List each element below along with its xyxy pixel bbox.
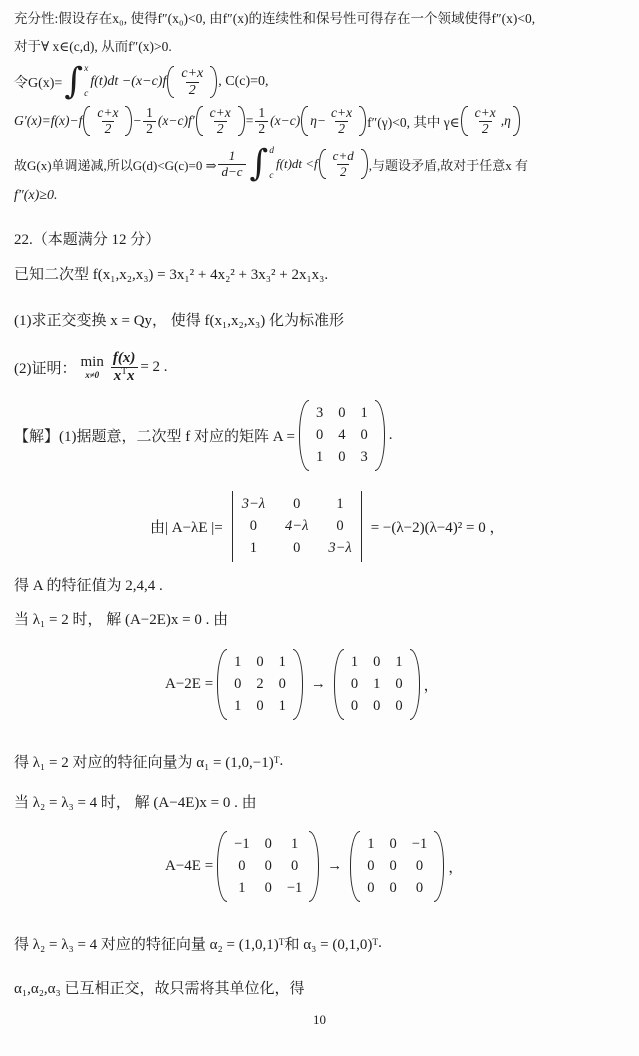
paren-group: c+x 2 — [167, 66, 217, 98]
fraction-denominator: d−c — [218, 164, 245, 179]
matrix-cell: 0 — [256, 698, 263, 715]
matrix-cell: −1 — [412, 836, 427, 853]
fraction: f(x) xTx — [110, 350, 139, 384]
fraction-numerator: f(x) — [110, 350, 139, 367]
sufficiency-line-1-text: 充分性:假设存在x₀, 使得f″(x₀)<0, 由f″(x)的连续性和保号性可得… — [14, 7, 535, 27]
sufficiency-conclusion: f″(x)≥0. — [14, 186, 57, 206]
matrix-cell: 2 — [256, 676, 263, 693]
matrix-cell: 3−λ — [328, 540, 351, 557]
determinant-left-bar — [232, 491, 233, 562]
matrix-cell: 0 — [351, 676, 358, 693]
matrix-cell: 0 — [293, 496, 300, 513]
gp-s7: f″(γ)<0, 其中 γ∈ — [367, 111, 460, 131]
matrix-cell: 1 — [291, 836, 298, 853]
left-paren — [301, 106, 308, 137]
integral-lower-limit: c — [269, 171, 274, 181]
problem-22-header: 22.（本题满分 12 分） — [14, 228, 160, 248]
case1-intro-line: 当 λ₁ = 2 时， 解 (A−2E)x = 0 . 由 — [14, 608, 228, 628]
matrix-cell: 3 — [360, 449, 367, 466]
problem-22-part1-text: (1)求正交变换 x = Qy， 使得 f(x₁,x₂,x₃) 化为标准形 — [14, 309, 344, 330]
matrix-grid: 10−1 000 000 — [363, 831, 431, 902]
right-paren — [513, 106, 520, 137]
matrix-rref: 10−1 000 000 — [350, 831, 444, 902]
matrix-cell: 0 — [360, 427, 367, 444]
sufficiency-line-2: 对于∀ x∈(c,d), 从而f″(x)>0. — [14, 34, 172, 56]
matrix-cell: 4−λ — [285, 518, 308, 535]
fraction-denominator: xTx — [111, 367, 138, 385]
part2-lead: (2)证明： — [14, 357, 77, 378]
matrix-cell: 0 — [238, 858, 245, 875]
left-paren — [461, 106, 468, 137]
min-operator: min x≠0 — [81, 355, 104, 380]
matrix-cell: 0 — [250, 518, 257, 535]
matrix-cell: 0 — [395, 676, 402, 693]
matrix-cell: 1 — [234, 654, 241, 671]
matrix-cell: 1 — [279, 698, 286, 715]
gp-s4: = — [246, 113, 254, 129]
fraction: c+x2 — [94, 106, 121, 137]
fraction-denominator: 2 — [143, 121, 156, 137]
fraction-denominator: 2 — [479, 121, 492, 137]
fraction-denominator: 2 — [186, 82, 199, 98]
case2-intro-text: 当 λ₂ = λ₃ = 4 时， 解 (A−4E)x = 0 . 由 — [14, 791, 257, 812]
matrix-cell: 0 — [338, 449, 345, 466]
row-reduce-arrow: → — [311, 676, 326, 693]
right-paren — [361, 149, 368, 179]
orthonormal-text: α₁,α₂,α₃ 已互相正交，故只需将其单位化，得 — [14, 977, 305, 998]
row-reduce-arrow: → — [327, 858, 342, 875]
solution-lead-tail: . — [389, 427, 393, 444]
problem-22-part2: (2)证明： min x≠0 f(x) xTx = 2 . — [14, 342, 168, 392]
right-paren — [359, 106, 366, 137]
sufficiency-line-1: 充分性:假设存在x₀, 使得f″(x₀)<0, 由f″(x)的连续性和保号性可得… — [14, 6, 535, 28]
matrix-cell: 0 — [416, 858, 423, 875]
g-def-tail: , C(c)=0, — [218, 74, 268, 90]
fraction-denominator: 2 — [102, 121, 115, 137]
document-page: 充分性:假设存在x₀, 使得f″(x₀)<0, 由f″(x)的连续性和保号性可得… — [0, 0, 639, 1056]
matrix-grid: −101 000 10−1 — [230, 831, 306, 902]
fraction-numerator: c+x — [94, 106, 121, 121]
matrix-cell: 0 — [265, 880, 272, 897]
matrix-cell: 0 — [293, 540, 300, 557]
fraction-numerator: 1 — [255, 106, 268, 121]
fraction-numerator: 1 — [143, 106, 156, 121]
matrix-cell: 3−λ — [242, 496, 265, 513]
paren-group: c+x2,η — [461, 106, 520, 137]
matrix-cell: 0 — [416, 880, 423, 897]
case1-equation-line: A−2E = 101 020 101 → 101 010 000 ， — [165, 648, 439, 720]
problem-22-part1: (1)求正交变换 x = Qy， 使得 f(x₁,x₂,x₃) 化为标准形 — [14, 306, 344, 332]
eigen-determinant-line: 由| A−λE |= 3−λ01 04−λ0 103−λ = −(λ−2)(λ−… — [150, 488, 505, 564]
left-paren — [83, 106, 90, 137]
problem-22-given-text: 已知二次型 f(x₁,x₂,x₃) = 3x₁² + 4x₂² + 3x₃² +… — [14, 263, 328, 284]
left-paren — [319, 149, 326, 179]
matrix-cell: 1 — [238, 880, 245, 897]
fraction: 1d−c — [218, 149, 245, 179]
right-paren — [410, 649, 420, 720]
matrix-a-grid: 301 040 103 — [312, 400, 372, 471]
matrix-cell: 1 — [279, 654, 286, 671]
determinant-right-bar — [361, 491, 362, 562]
right-paren — [375, 400, 385, 471]
case2-tail: ， — [448, 856, 463, 877]
mono-s2: f(t)dt <f — [276, 156, 318, 172]
fraction: c+x2 — [207, 106, 234, 137]
right-paren — [210, 66, 217, 98]
part2-tail: = 2 . — [140, 359, 167, 376]
right-paren — [309, 831, 319, 902]
matrix-cell: 0 — [390, 880, 397, 897]
matrix-cell: 1 — [336, 496, 343, 513]
case2-result-a: 得 λ₂ = λ₃ = 4 对应的特征向量 α₂ = (1,0,1) — [14, 933, 279, 954]
eigenvalues-line: 得 A 的特征值为 2,4,4 . — [14, 574, 163, 594]
matrix-cell: 0 — [265, 858, 272, 875]
matrix-a: 301 040 103 — [299, 400, 385, 471]
matrix-cell: 0 — [367, 880, 374, 897]
matrix-cell: 0 — [234, 676, 241, 693]
matrix-cell: 0 — [279, 676, 286, 693]
matrix-cell: 0 — [265, 836, 272, 853]
matrix-cell: 0 — [316, 427, 323, 444]
fraction-numerator: c+x — [328, 106, 355, 121]
case1-intro-text: 当 λ₁ = 2 时， 解 (A−2E)x = 0 . 由 — [14, 608, 228, 629]
case1-tail: ， — [424, 674, 439, 695]
left-paren — [196, 106, 203, 137]
matrix-cell: 3 — [316, 405, 323, 422]
integral: ∫ x c — [64, 62, 88, 102]
gp-s5: (x−c) — [270, 113, 300, 129]
matrix-cell: 0 — [373, 698, 380, 715]
matrix-cell: 1 — [316, 449, 323, 466]
matrix-cell: 1 — [360, 405, 367, 422]
integral-limits: d c — [269, 144, 274, 184]
matrix-grid: 101 010 000 — [347, 649, 407, 720]
matrix-grid: 101 020 101 — [230, 649, 290, 720]
matrix-cell: 0 — [256, 654, 263, 671]
matrix-cell: 0 — [367, 858, 374, 875]
case2-result-b: 和 α₃ = (0,1,0) — [285, 933, 373, 954]
matrix-cell: 0 — [338, 405, 345, 422]
fraction: c+x2 — [328, 106, 355, 137]
left-paren — [350, 831, 360, 902]
paren-group: c+x2 — [196, 106, 245, 137]
fraction: c+x 2 — [178, 66, 206, 98]
mono-s1: 故G(x)单调递减,所以G(d)<G(c)=0 ⇒ — [14, 155, 216, 174]
matrix-cell: 0 — [291, 858, 298, 875]
right-paren — [434, 831, 444, 902]
matrix-cell: 0 — [351, 698, 358, 715]
case1-lead: A−2E = — [165, 676, 213, 693]
right-paren — [238, 106, 245, 137]
case2-equation-line: A−4E = −101 000 10−1 → 10−1 000 000 ， — [165, 830, 463, 903]
paren-group: η−c+x2 — [301, 106, 366, 137]
matrix-cell: 0 — [373, 654, 380, 671]
integral: ∫ d c — [250, 144, 275, 184]
fraction-numerator: c+d — [330, 149, 357, 163]
fraction-denominator: 2 — [337, 164, 350, 179]
fraction: c+x2 — [472, 106, 499, 137]
right-paren — [125, 106, 132, 137]
min-base: min — [81, 355, 104, 370]
eigen-tail: = −(λ−2)(λ−4)² = 0 ， — [371, 516, 505, 537]
matrix-cell: 0 — [390, 836, 397, 853]
integral-symbol: ∫ — [64, 64, 83, 100]
monotonic-formula: 故G(x)单调递减,所以G(d)<G(c)=0 ⇒ 1d−c ∫ d c f(t… — [14, 140, 528, 188]
mono-s3: ,与题设矛盾,故对于任意x 有 — [369, 155, 528, 174]
paren-group: c+x2 — [83, 106, 132, 137]
solution-matrix-a-line: 【解】(1)据题意，二次型 f 对应的矩阵 A = 301 040 103 . — [14, 400, 392, 470]
fraction: 12 — [255, 106, 268, 137]
matrix-rref: 101 010 000 — [334, 649, 420, 720]
gp-s6: η− — [310, 106, 326, 137]
g-def-lead: 令G(x)= — [14, 72, 62, 92]
eigenvalues-text: 得 A 的特征值为 2,4,4 . — [14, 574, 163, 595]
left-paren — [299, 400, 309, 471]
left-paren — [167, 66, 174, 98]
problem-22-given: 已知二次型 f(x₁,x₂,x₃) = 3x₁² + 4x₂² + 3x₃² +… — [14, 260, 328, 286]
integral-limits: x c — [84, 62, 88, 102]
matrix-cell: −1 — [287, 880, 302, 897]
matrix-cell: 1 — [395, 654, 402, 671]
fraction: c+d2 — [330, 149, 357, 179]
fraction-denominator: 2 — [214, 121, 227, 137]
fraction-numerator: c+x — [178, 66, 206, 81]
matrix-cell: 1 — [234, 698, 241, 715]
eigen-lead: 由| A−λE |= — [150, 516, 223, 537]
fraction-numerator: 1 — [226, 149, 239, 163]
matrix-cell: 1 — [367, 836, 374, 853]
min-under-limit: x≠0 — [85, 371, 99, 380]
matrix-cell: 0 — [390, 858, 397, 875]
gp-s8: ,η — [501, 106, 511, 137]
left-paren — [217, 649, 227, 720]
fraction-denominator: 2 — [335, 121, 348, 137]
gp-s2: − — [133, 113, 141, 129]
problem-22-header-text: 22.（本题满分 12 分） — [14, 228, 160, 249]
page-number: 10 — [0, 1012, 639, 1028]
case2-intro-line: 当 λ₂ = λ₃ = 4 时， 解 (A−4E)x = 0 . 由 — [14, 790, 257, 812]
matrix-cell: 1 — [250, 540, 257, 557]
g-prime-formula: G′(x)=f(x)−f c+x2 − 12 (x−c)f′ c+x2 = 12… — [14, 98, 521, 144]
fraction: 12 — [143, 106, 156, 137]
gp-s1: G′(x)=f(x)−f — [14, 113, 82, 129]
paren-group: c+d2 — [319, 149, 368, 179]
right-paren — [293, 649, 303, 720]
integral-upper-limit: x — [84, 64, 88, 74]
matrix-cell: 1 — [351, 654, 358, 671]
case2-result-line: 得 λ₂ = λ₃ = 4 对应的特征向量 α₂ = (1,0,1)T 和 α₃… — [14, 932, 382, 954]
integral-symbol: ∫ — [250, 146, 269, 182]
matrix-cell: 1 — [373, 676, 380, 693]
matrix-cell: 0 — [336, 518, 343, 535]
left-paren — [334, 649, 344, 720]
den-x2: x — [127, 368, 135, 384]
left-paren — [217, 831, 227, 902]
conclusion-text: f″(x)≥0. — [14, 188, 57, 204]
case1-result-b: . — [280, 753, 284, 770]
integral-upper-limit: d — [269, 146, 274, 156]
g-def-mid: f(t)dt −(x−c)f — [90, 74, 166, 90]
determinant-grid: 3−λ01 04−λ0 103−λ — [238, 491, 356, 562]
orthonormal-line: α₁,α₂,α₃ 已互相正交，故只需将其单位化，得 — [14, 976, 305, 998]
matrix-a-minus-4e: −101 000 10−1 — [217, 831, 319, 902]
fraction-numerator: c+x — [472, 106, 499, 121]
matrix-a-minus-2e: 101 020 101 — [217, 649, 303, 720]
fraction-denominator: 2 — [255, 121, 268, 137]
matrix-cell: 4 — [338, 427, 345, 444]
gp-s3: (x−c)f′ — [158, 113, 195, 129]
matrix-cell: −1 — [234, 836, 249, 853]
matrix-cell: 0 — [395, 698, 402, 715]
case2-lead: A−4E = — [165, 858, 213, 875]
case1-result-a: 得 λ₁ = 2 对应的特征向量为 α₁ = (1,0,−1) — [14, 751, 274, 772]
sufficiency-line-2-text: 对于∀ x∈(c,d), 从而f″(x)>0. — [14, 35, 172, 55]
solution-lead: 【解】(1)据题意，二次型 f 对应的矩阵 A = — [14, 425, 295, 446]
fraction-numerator: c+x — [207, 106, 234, 121]
case1-result-line: 得 λ₁ = 2 对应的特征向量为 α₁ = (1,0,−1)T . — [14, 750, 283, 772]
case2-result-c: . — [378, 935, 382, 952]
determinant: 3−λ01 04−λ0 103−λ — [227, 491, 367, 562]
